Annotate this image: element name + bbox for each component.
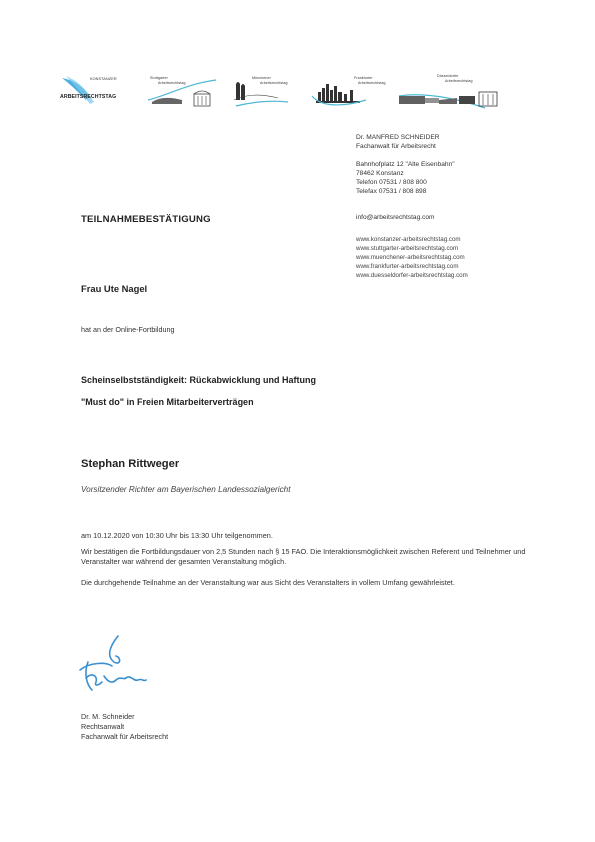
- course-title: Scheinselbstständigkeit: Rückabwicklung …: [81, 375, 316, 385]
- document-title: TEILNAHMEBESTÄTIGUNG: [81, 214, 211, 225]
- city-skyline-logo-icon: [310, 72, 390, 112]
- website-link[interactable]: www.konstanzer-arbeitsrechtstag.com: [356, 236, 461, 244]
- logo-line1: Düsseldorfer: [437, 74, 459, 78]
- logo-line1: Frankfurter: [354, 76, 373, 80]
- signer-specialty: Fachanwalt für Arbeitsrecht: [81, 732, 168, 742]
- signature: [76, 632, 156, 709]
- sender-fax: Telefax 07531 / 808 898: [356, 188, 426, 197]
- sender-phone: Telefon 07531 / 808 800: [356, 179, 427, 188]
- logo-line1: Münchener: [252, 76, 271, 80]
- speaker-name: Stephan Rittweger: [81, 458, 179, 470]
- logo-line2: ARBEITSRECHTSTAG: [60, 94, 116, 100]
- logo-line2: Arbeitsrechtstag: [358, 81, 386, 85]
- website-link[interactable]: www.frankfurter-arbeitsrechtstag.com: [356, 263, 458, 271]
- signer-name: Dr. M. Schneider: [81, 712, 168, 722]
- city-skyline-logo-icon: [395, 72, 505, 112]
- logo-line2: Arbeitsrechtstag: [158, 81, 186, 85]
- attendance-text: Die durchgehende Teilnahme an der Verans…: [81, 578, 521, 588]
- sender-name: Dr. MANFRED SCHNEIDER: [356, 134, 440, 143]
- signer-title: Rechtsanwalt: [81, 722, 168, 732]
- website-link[interactable]: www.duesseldorfer-arbeitsrechtstag.com: [356, 272, 468, 280]
- website-link[interactable]: www.stuttgarter-arbeitsrechtstag.com: [356, 245, 458, 253]
- sender-street: Bahnhofplatz 12 "Alte Eisenbahn": [356, 161, 455, 170]
- logo-stuttgarter-arbeitsrechtstag: Stuttgarter Arbeitsrechtstag: [146, 72, 218, 112]
- date-line: am 10.12.2020 von 10:30 Uhr bis 13:30 Uh…: [81, 531, 551, 541]
- website-link[interactable]: www.muenchener-arbeitsrechtstag.com: [356, 254, 465, 262]
- course-subtitle: "Must do" in Freien Mitarbeiterverträgen: [81, 397, 254, 407]
- speaker-role: Vorsitzender Richter am Bayerischen Land…: [81, 485, 291, 494]
- sender-city: 78462 Konstanz: [356, 170, 404, 179]
- sender-email[interactable]: info@arbeitsrechtstag.com: [356, 214, 435, 223]
- intro-text: hat an der Online-Fortbildung: [81, 325, 175, 334]
- logo-line1: Stuttgarter: [150, 76, 168, 80]
- logo-duesseldorfer-arbeitsrechtstag: Düsseldorfer Arbeitsrechtstag: [395, 72, 505, 112]
- signer-block: Dr. M. Schneider Rechtsanwalt Fachanwalt…: [81, 712, 168, 742]
- sender-title: Fachanwalt für Arbeitsrecht: [356, 143, 436, 152]
- logo-line2: Arbeitsrechtstag: [445, 79, 473, 83]
- recipient-name: Frau Ute Nagel: [81, 283, 147, 294]
- logo-line2: Arbeitsrechtstag: [260, 81, 288, 85]
- logo-muenchener-arbeitsrechtstag: Münchener Arbeitsrechtstag: [232, 72, 304, 112]
- logo-frankfurter-arbeitsrechtstag: Frankfurter Arbeitsrechtstag: [310, 72, 390, 112]
- logo-konstanzer-arbeitsrechtstag: KONSTANZER ARBEITSRECHTSTAG: [60, 72, 130, 112]
- confirmation-text: Wir bestätigen die Fortbildungsdauer von…: [81, 547, 551, 567]
- handwritten-signature-icon: [76, 632, 156, 704]
- logo-line1: KONSTANZER: [90, 77, 117, 81]
